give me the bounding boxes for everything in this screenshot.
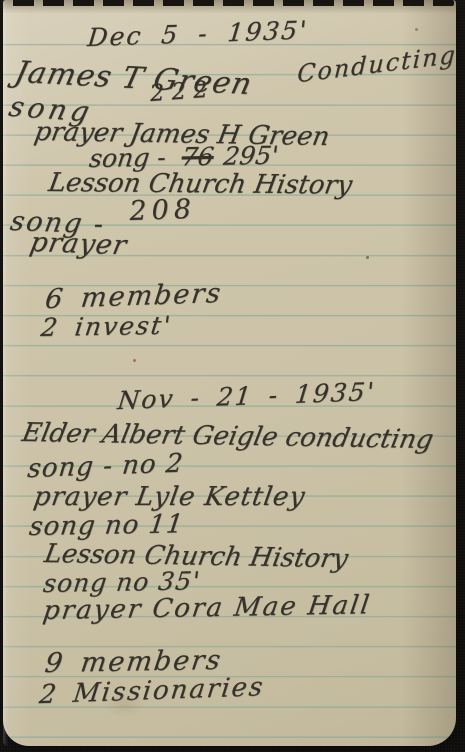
paper-speck: [415, 28, 418, 31]
entry1-song3-number: 208: [129, 196, 196, 227]
entry1-prayer2: prayer: [28, 229, 130, 261]
entry1-members-count: 6 members: [44, 280, 224, 315]
entry2-prayer1: prayer Lyle Kettley: [32, 484, 308, 511]
entry1-investigators-count: 2 invest': [39, 313, 173, 342]
entry2-date: Nov - 21 - 1935': [116, 379, 377, 414]
entry1-song1-number: 222: [149, 77, 215, 106]
paper-speck: [366, 256, 369, 259]
entry2-song2: song no 11: [28, 511, 186, 541]
entry1-song2-number: 295': [222, 141, 280, 171]
notebook-page: Dec 5 - 1935' James T Green Conducting s…: [3, 0, 456, 746]
entry2-conducting-line: Elder Albert Geigle conducting: [20, 420, 436, 454]
entry1-lesson: Lesson Church History: [46, 170, 353, 200]
entry1-song2-crossed-number: 76: [180, 142, 215, 172]
entry1-date: Dec 5 - 1935': [86, 17, 309, 51]
entry2-missionaries-count: 2 Missionaries: [38, 674, 266, 709]
paper-speck: [133, 359, 136, 362]
entry2-song1: song - no 2: [26, 451, 185, 484]
entry1-conducting-label: Conducting: [297, 42, 458, 87]
notebook-scan: Dec 5 - 1935' James T Green Conducting s…: [0, 0, 465, 752]
entry2-prayer2: prayer Cora Mae Hall: [41, 592, 372, 625]
torn-perforation-edge: [9, 0, 454, 6]
